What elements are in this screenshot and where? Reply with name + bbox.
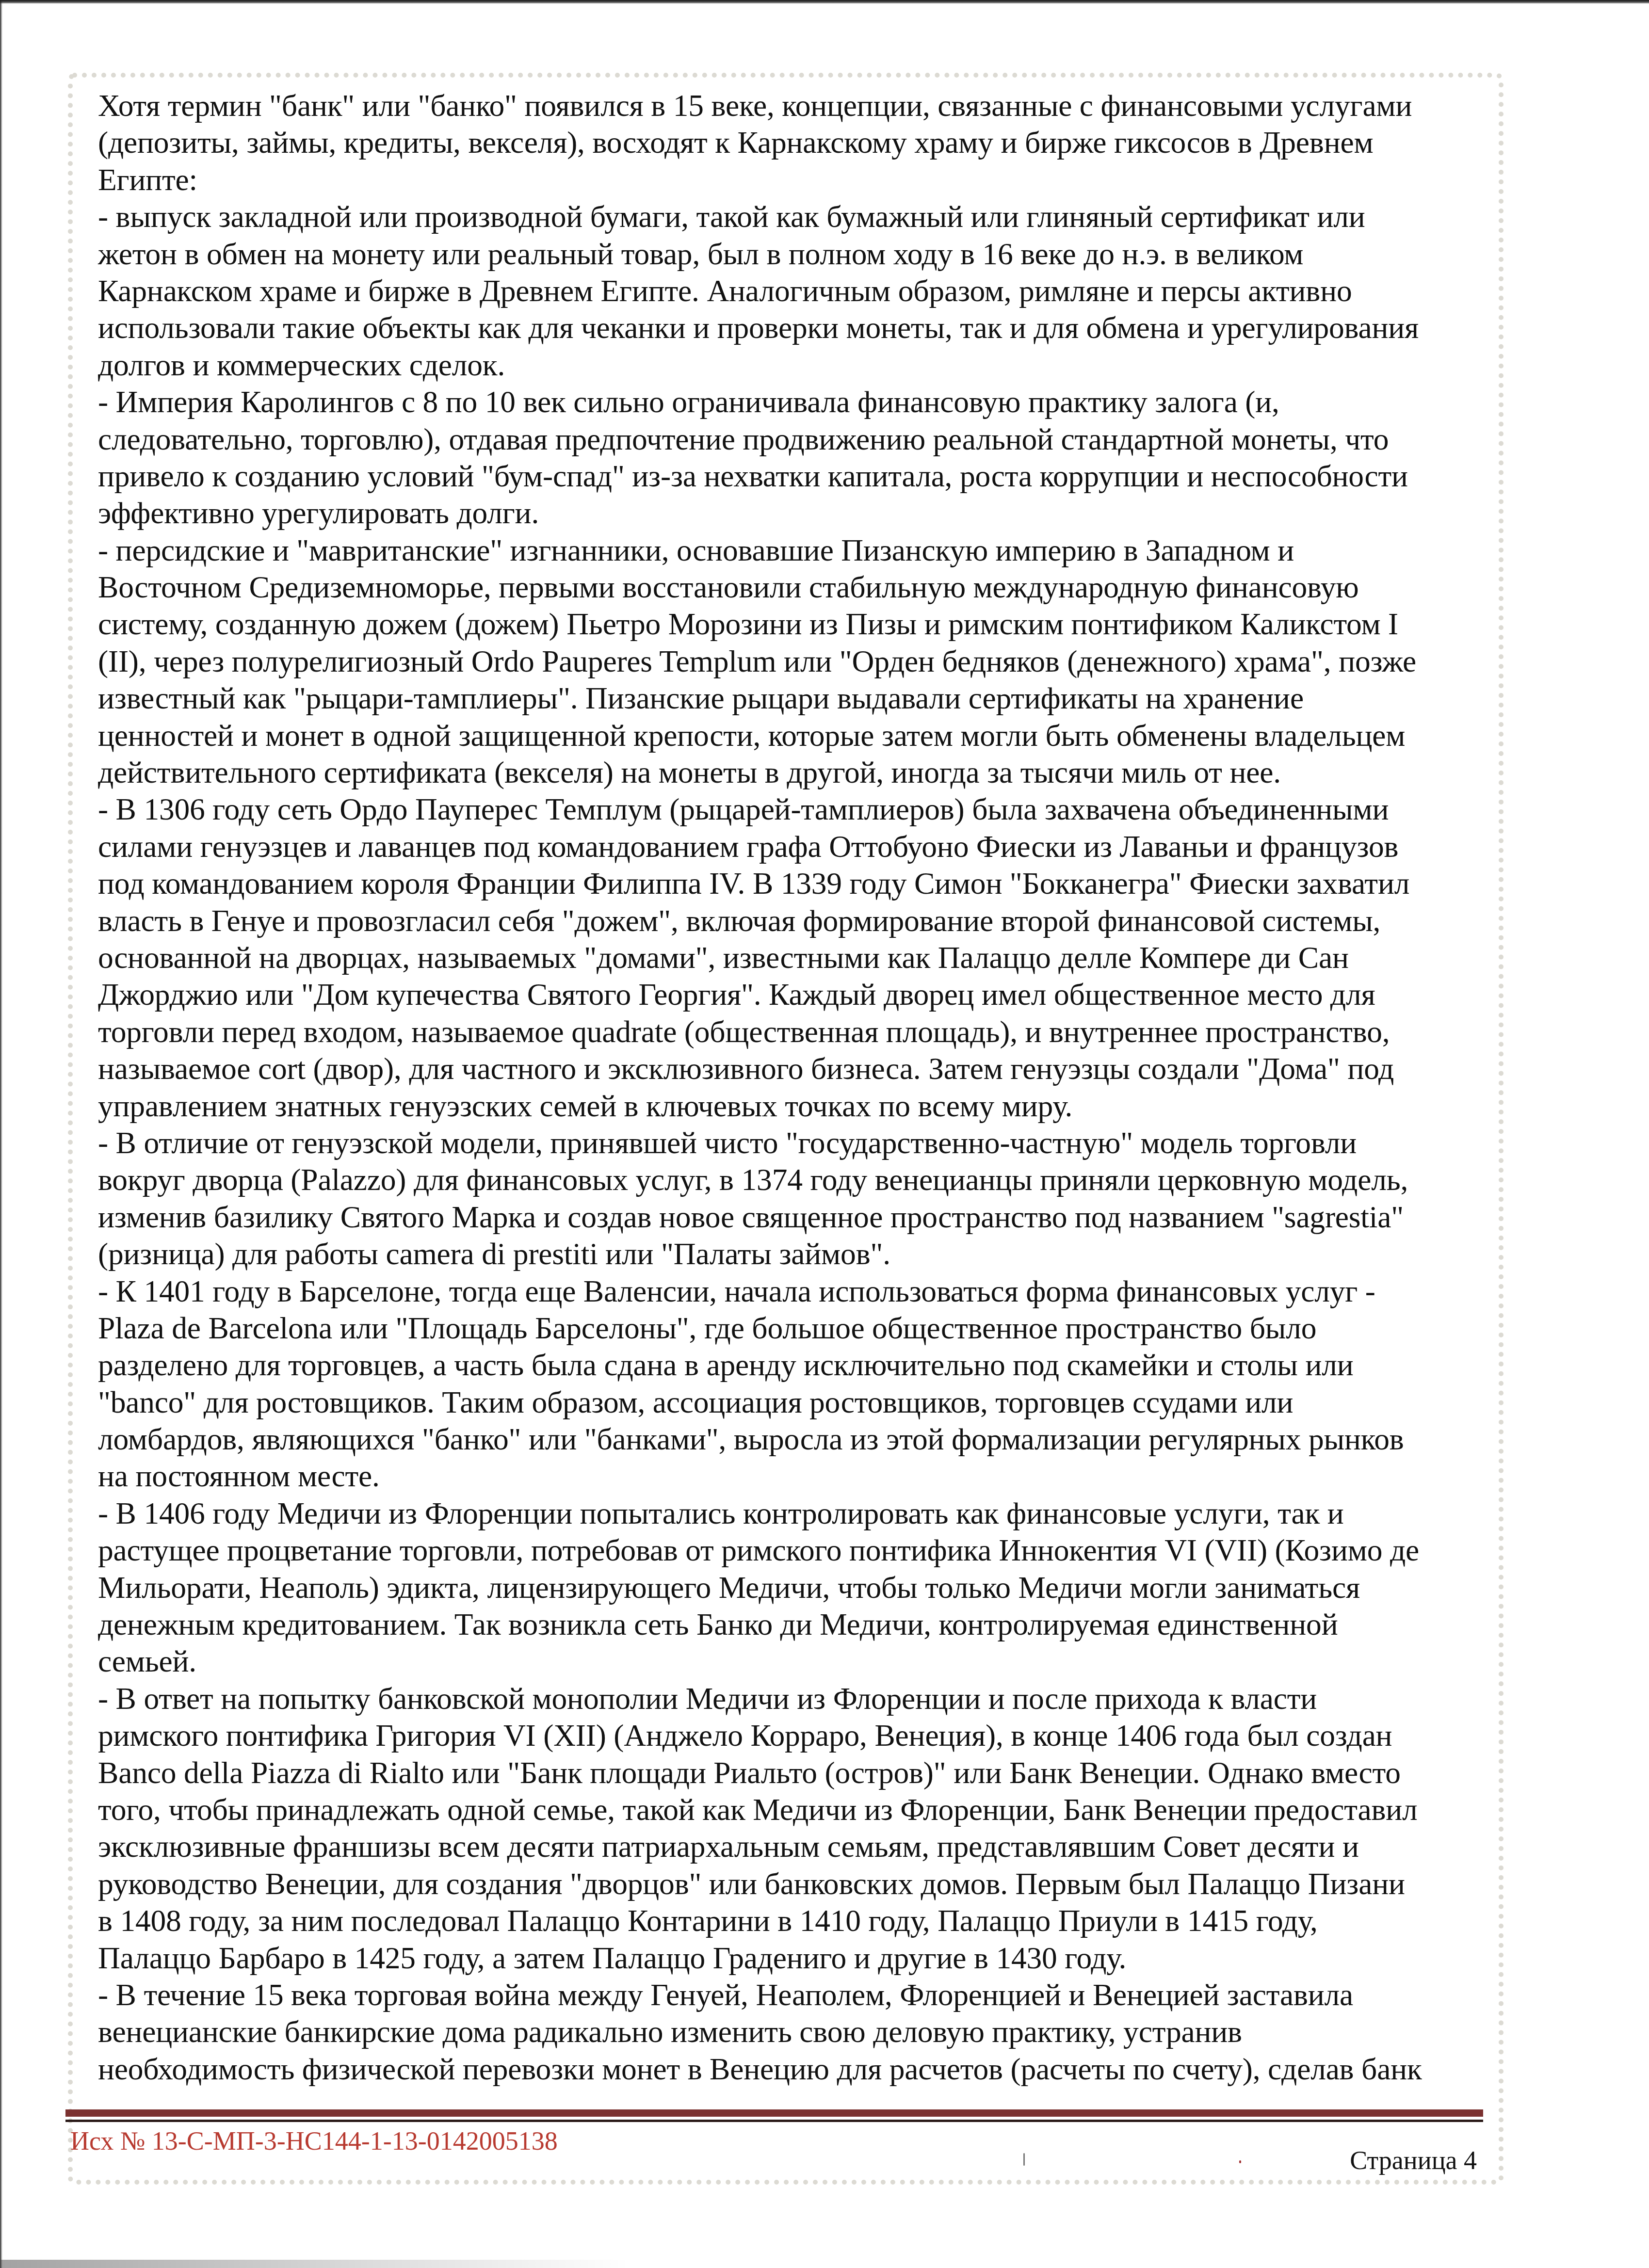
text-line: "banco" для ростовщиков. Таким образом, … <box>98 1384 1495 1421</box>
text-line: привело к созданию условий "бум-спад" из… <box>98 458 1495 495</box>
text-line: - В течение 15 века торговая война между… <box>98 1977 1495 2013</box>
text-line: - В 1406 году Медичи из Флоренции попыта… <box>98 1495 1495 1532</box>
text-line: вокруг дворца (Palazzo) для финансовых у… <box>98 1161 1495 1198</box>
scan-edge-top <box>0 0 1649 4</box>
text-line: под командованием короля Франции Филиппа… <box>98 865 1495 902</box>
text-line: долгов и коммерческих сделок. <box>98 347 1495 384</box>
text-line: Карнакском храме и бирже в Древнем Египт… <box>98 273 1495 309</box>
text-line: изменив базилику Святого Марка и создав … <box>98 1199 1495 1236</box>
text-line: - Империя Каролингов с 8 по 10 век сильн… <box>98 384 1495 420</box>
text-line: Джорджио или "Дом купечества Святого Гео… <box>98 976 1495 1013</box>
text-line: торговли перед входом, называемое quadra… <box>98 1013 1495 1050</box>
text-line: следовательно, торговлю), отдавая предпо… <box>98 421 1495 458</box>
text-line: Палаццо Барбаро в 1425 году, а затем Пал… <box>98 1940 1495 1977</box>
text-line: Египте: <box>98 161 1495 198</box>
text-line: (депозиты, займы, кредиты, векселя), вос… <box>98 124 1495 161</box>
text-line: - В 1306 году сеть Ордо Пауперес Темплум… <box>98 791 1495 828</box>
text-line: ценностей и монет в одной защищенной кре… <box>98 717 1495 754</box>
footer-rule-thick <box>65 2109 1483 2117</box>
text-line: (ризница) для работы camera di prestiti … <box>98 1236 1495 1272</box>
text-line: - выпуск закладной или производной бумаг… <box>98 198 1495 235</box>
text-line: денежным кредитованием. Так возникла сет… <box>98 1606 1495 1643</box>
text-line: Plaza de Barcelona или "Площадь Барселон… <box>98 1310 1495 1347</box>
text-line: Хотя термин "банк" или "банко" появился … <box>98 87 1495 124</box>
text-line: руководство Венеции, для создания "дворц… <box>98 1866 1495 1902</box>
text-line: семьей. <box>98 1643 1495 1680</box>
text-line: на постоянном месте. <box>98 1458 1495 1495</box>
text-line: - В ответ на попытку банковской монополи… <box>98 1680 1495 1717</box>
document-number: Исх № 13-С-МП-3-НС144-1-13-0142005138 <box>70 2126 558 2155</box>
text-line: - персидские и "мавританские" изгнанники… <box>98 532 1495 569</box>
text-line: (II), через полурелигиозный Ordo Paupere… <box>98 643 1495 680</box>
text-line: необходимость физической перевозки монет… <box>98 2051 1495 2088</box>
text-line: ломбардов, являющихся "банко" или "банка… <box>98 1421 1495 1458</box>
text-line: управлением знатных генуэзских семей в к… <box>98 1088 1495 1125</box>
text-line: - В отличие от генуэзской модели, приняв… <box>98 1125 1495 1161</box>
text-line: Мильорати, Неаполь) эдикта, лицензирующе… <box>98 1569 1495 1606</box>
text-line: в 1408 году, за ним последовал Палаццо К… <box>98 1902 1495 1939</box>
text-line: того, чтобы принадлежать одной семье, та… <box>98 1791 1495 1828</box>
text-line: венецианские банкирские дома радикально … <box>98 2013 1495 2050</box>
footer-rule-thin <box>65 2120 1483 2122</box>
scan-speck <box>1023 2153 1025 2166</box>
text-line: называемое cort (двор), для частного и э… <box>98 1050 1495 1087</box>
text-line: эксклюзивные франшизы всем десяти патриа… <box>98 1828 1495 1865</box>
text-line: римского понтифика Григория VI (XII) (Ан… <box>98 1717 1495 1754</box>
text-line: использовали такие объекты как для чекан… <box>98 309 1495 346</box>
text-line: основанной на дворцах, называемых "домам… <box>98 939 1495 976</box>
text-line: растущее процветание торговли, потребова… <box>98 1532 1495 1569</box>
text-line: эффективно урегулировать долги. <box>98 495 1495 531</box>
document-body: Хотя термин "банк" или "банко" появился … <box>98 87 1495 2088</box>
scan-edge-bottom <box>0 2260 630 2268</box>
text-line: Восточном Средиземноморье, первыми восст… <box>98 569 1495 606</box>
text-line: разделено для торговцев, а часть была сд… <box>98 1347 1495 1383</box>
text-line: систему, созданную дожем (дожем) Пьетро … <box>98 606 1495 643</box>
page-number: Страница 4 <box>1350 2146 1477 2175</box>
text-line: известный как "рыцари-тамплиеры". Пизанс… <box>98 680 1495 717</box>
text-line: - К 1401 году в Барселоне, тогда еще Вал… <box>98 1273 1495 1310</box>
scan-edge-left <box>0 0 2 2268</box>
text-line: жетон в обмен на монету или реальный тов… <box>98 236 1495 273</box>
text-line: силами генуэзцев и лаванцев под командов… <box>98 828 1495 865</box>
text-line: действительного сертификата (векселя) на… <box>98 754 1495 791</box>
text-line: Banco della Piazza di Rialto или "Банк п… <box>98 1754 1495 1791</box>
text-line: власть в Генуе и провозгласил себя "доже… <box>98 902 1495 939</box>
scan-speck <box>1239 2160 1241 2163</box>
